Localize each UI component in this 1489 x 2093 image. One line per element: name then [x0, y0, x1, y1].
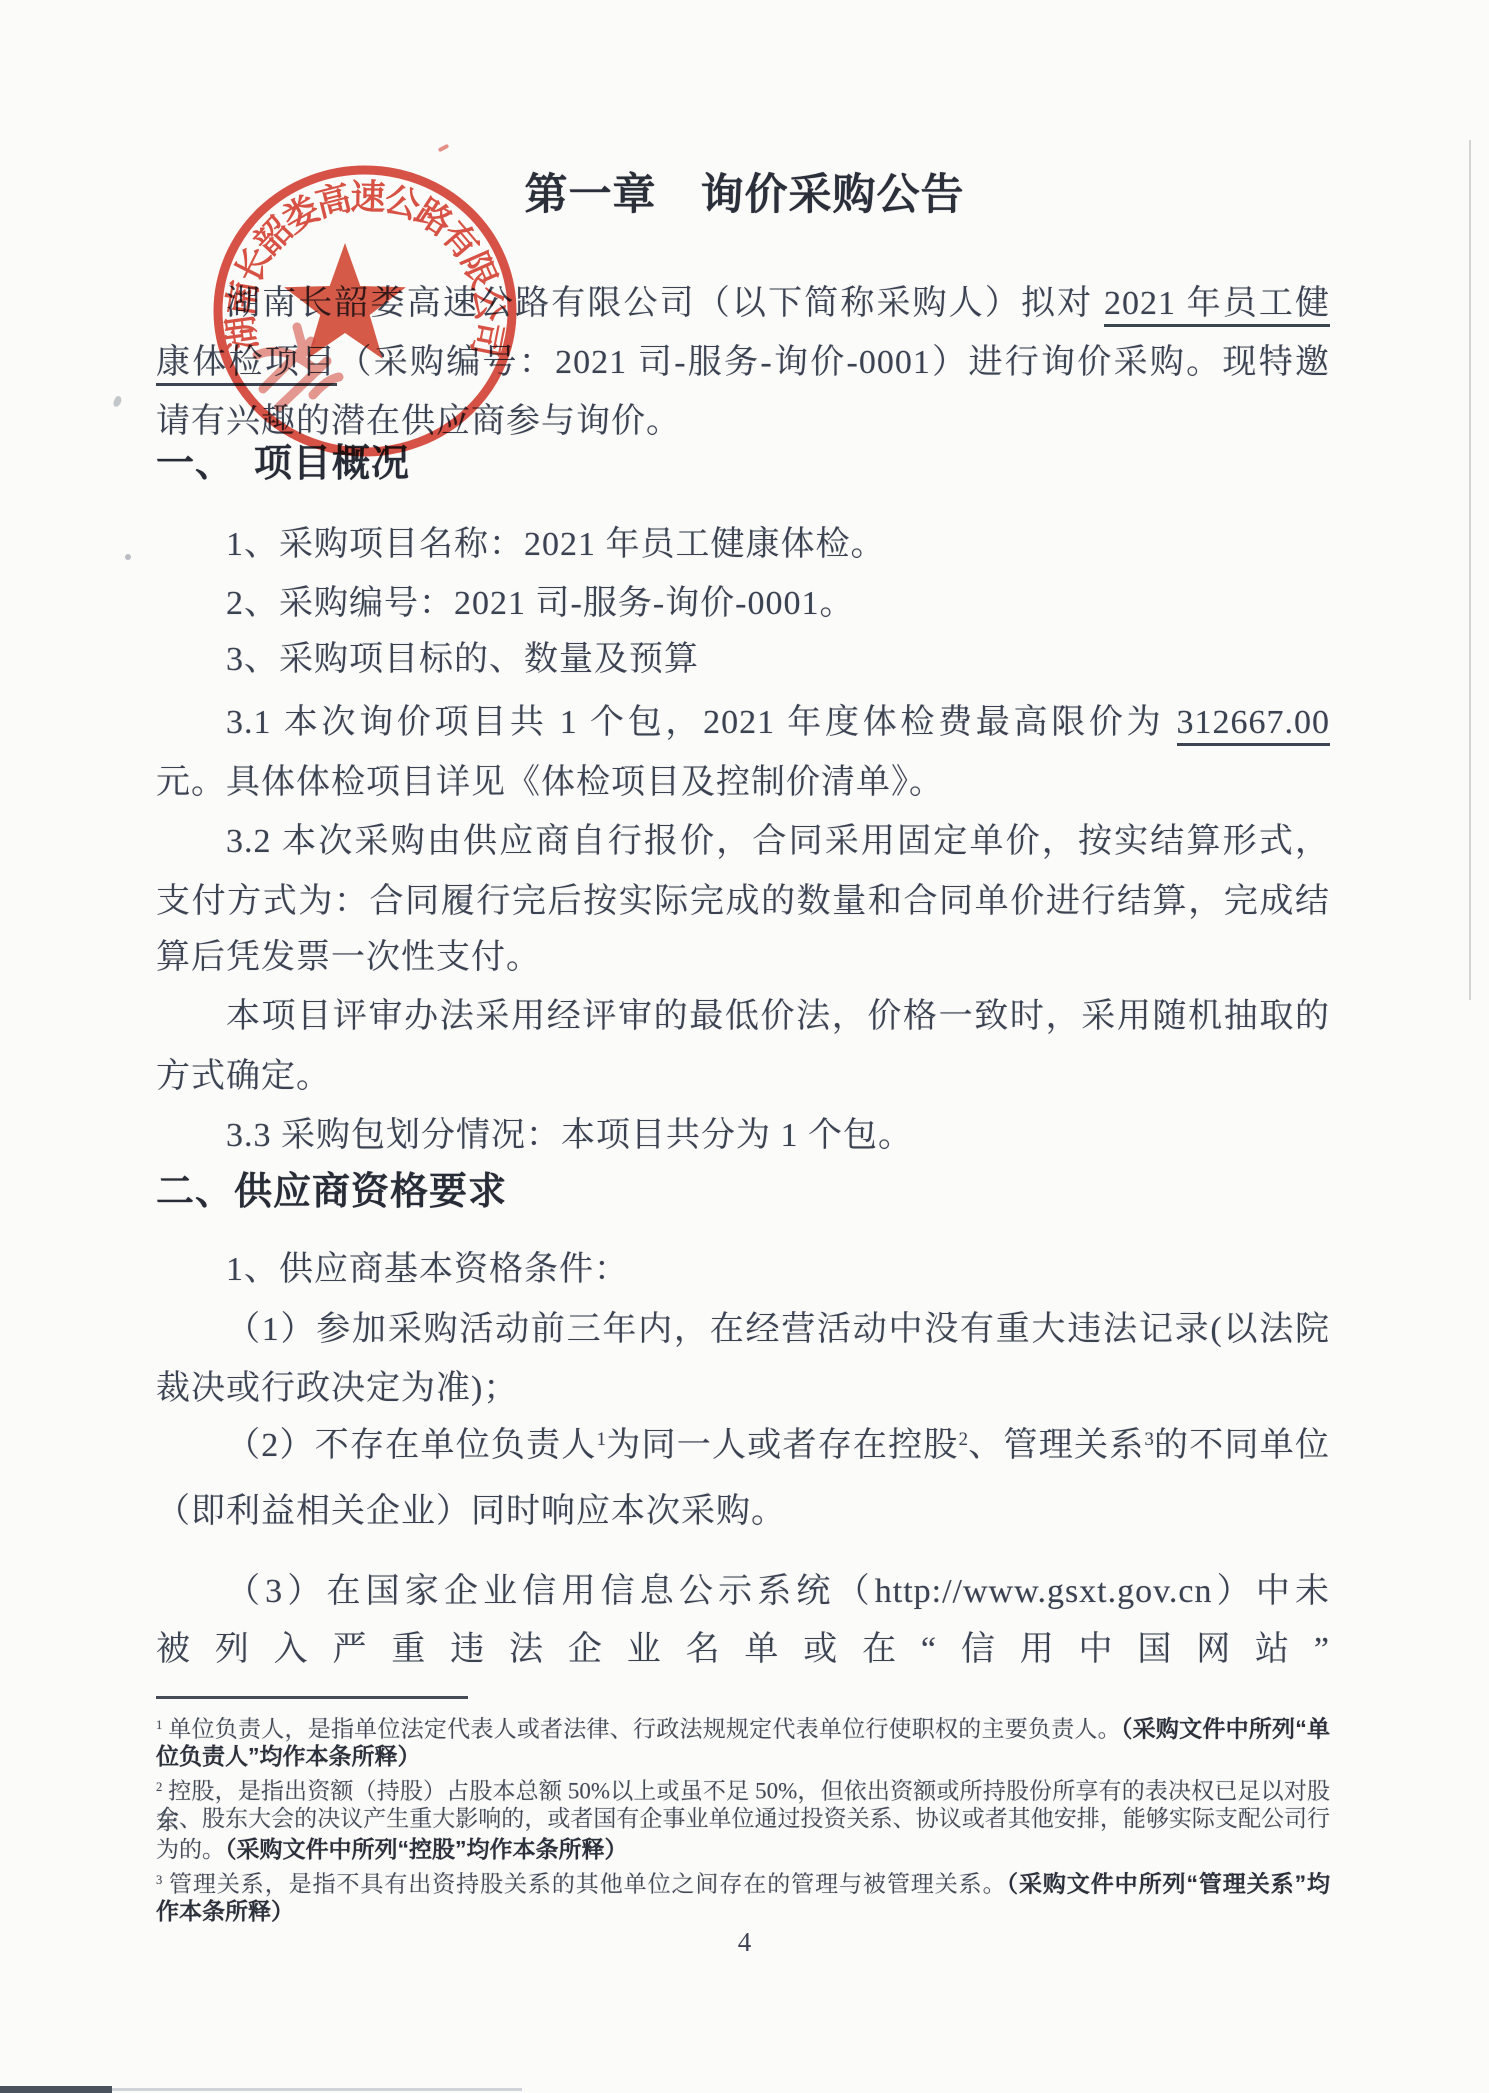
text-segment: 为同一人或者存在控股: [606, 1427, 959, 1464]
text-segment: （即利益相关企业）同时响应本次采购。: [156, 1493, 786, 1530]
text-segment: 作本条所释）: [156, 1898, 294, 1924]
text-segment: 3.2 本次采购由供应商自行报价，合同采用固定单价，按实结算形式，: [226, 823, 1330, 860]
text-line: 3.1 本次询价项目共 1 个包，2021 年度体检费最高限价为 312667.…: [156, 694, 1330, 752]
text-segment: （采购文件中所列“控股”均作本条所释）: [225, 1836, 628, 1862]
footnote-line: 为的。（采购文件中所列“控股”均作本条所释）: [156, 1834, 1330, 1865]
scan-artifact-red-speck: [438, 144, 450, 153]
text-line: 方式确定。: [156, 1048, 1330, 1106]
text-line: 元。具体体检项目详见《体检项目及控制价清单》。: [156, 754, 1330, 812]
scan-artifact-right-edge: [1469, 140, 1471, 1000]
footnote-divider: [156, 1696, 468, 1699]
footnote-line: 3 管理关系，是指不具有出资持股关系的其他单位之间存在的管理与被管理关系。（采购…: [156, 1865, 1330, 1900]
text-segment: （1）参加采购活动前三年内，在经营活动中没有重大违法记录(以法院: [226, 1311, 1330, 1348]
text-line: 2、采购编号：2021 司-服务-询价-0001。: [156, 575, 1330, 633]
text-segment: 裁决或行政决定为准)；: [156, 1370, 518, 1407]
text-line: 本项目评审办法采用经评审的最低价法，价格一致时，采用随机抽取的: [156, 988, 1330, 1046]
footnote-line: 1 单位负责人，是指单位法定代表人或者法律、行政法规规定代表单位行使职权的主要负…: [156, 1710, 1330, 1745]
text-line: 3.3 采购包划分情况：本项目共分为 1 个包。: [156, 1107, 1330, 1165]
text-segment: 3.3 采购包划分情况：本项目共分为 1 个包。: [226, 1117, 913, 1154]
text-segment: 支付方式为：合同履行完后按实际完成的数量和合同单价进行结算，完成结: [156, 883, 1330, 920]
text-line: （1）参加采购活动前三年内，在经营活动中没有重大违法记录(以法院: [156, 1301, 1330, 1359]
text-segment: 方式确定。: [156, 1058, 331, 1095]
footnote-marker: 1: [597, 1429, 606, 1450]
text-segment: 3.1 本次询价项目共 1 个包，2021 年度体检费最高限价为: [226, 704, 1177, 741]
text-segment: 3、采购项目标的、数量及预算: [226, 641, 699, 678]
footnote-line: 会、股东大会的决议产生重大影响的，或者国有企事业单位通过投资关系、协议或者其他安…: [156, 1803, 1330, 1834]
text-segment: 本项目评审办法采用经评审的最低价法，价格一致时，采用随机抽取的: [226, 998, 1330, 1035]
text-line: 被列入严重违法企业名单或在“信用中国网站”: [156, 1621, 1330, 1679]
text-segment: 单位负责人，是指单位法定代表人或者法律、行政法规规定代表单位行使职权的主要负责人…: [162, 1716, 1121, 1741]
text-segment: 为的。: [156, 1837, 225, 1862]
text-segment: （3）在国家企业信用信息公示系统（http://www.gsxt.gov.cn）…: [226, 1573, 1330, 1610]
text-segment: 、管理关系: [968, 1427, 1144, 1464]
scan-artifact-bottom-edge: [0, 2086, 112, 2093]
text-segment: 1、采购项目名称：2021 年员工健康体检。: [226, 526, 886, 563]
text-line: （2）不存在单位负责人1为同一人或者存在控股2、管理关系3的不同单位: [156, 1411, 1330, 1475]
text-segment: 管理关系，是指不具有出资持股关系的其他单位之间存在的管理与被管理关系。: [162, 1871, 1006, 1896]
text-line: （3）在国家企业信用信息公示系统（http://www.gsxt.gov.cn）…: [156, 1563, 1330, 1621]
text-line: 算后凭发票一次性支付。: [156, 929, 1330, 987]
text-segment: 位负责人”均作本条所释）: [156, 1743, 421, 1769]
text-segment: 1、供应商基本资格条件：: [226, 1251, 629, 1288]
text-segment: 会、股东大会的决议产生重大影响的，或者国有企事业单位通过投资关系、协议或者其他安…: [156, 1806, 1330, 1831]
section-heading: 二、供应商资格要求: [156, 1166, 1330, 1218]
text-line: 支付方式为：合同履行完后按实际完成的数量和合同单价进行结算，完成结: [156, 873, 1330, 931]
text-segment: （采购文件中所列“单: [1121, 1715, 1330, 1741]
footnote-line: 作本条所释）: [156, 1896, 1330, 1927]
underlined-text: 2021 年员工健: [1104, 285, 1330, 327]
text-segment: 二、供应商资格要求: [156, 1171, 507, 1213]
scan-artifact-speck: [112, 395, 122, 408]
text-line: 1、采购项目名称：2021 年员工健康体检。: [156, 516, 1330, 574]
text-line: 3、采购项目标的、数量及预算: [156, 631, 1330, 689]
footnote-line: 位负责人”均作本条所释）: [156, 1741, 1330, 1772]
page-number: 4: [0, 1926, 1489, 1958]
text-line: 1、供应商基本资格条件：: [156, 1241, 1330, 1299]
footnote-marker: 3: [1144, 1429, 1153, 1450]
scan-artifact-speck: [125, 554, 131, 560]
text-line: （即利益相关企业）同时响应本次采购。: [156, 1483, 1330, 1541]
company-seal-stamp: 湖南长韶娄高速公路有限公司: [205, 157, 525, 465]
text-segment: 2、采购编号：2021 司-服务-询价-0001。: [226, 585, 854, 622]
text-line: 裁决或行政决定为准)；: [156, 1360, 1330, 1418]
text-segment: 被列入严重违法企业名单或在“信用中国网站”: [156, 1631, 1330, 1668]
scan-artifact-bottom-line: [112, 2088, 522, 2091]
text-segment: （采购文件中所列“管理关系”均: [1007, 1870, 1331, 1896]
underlined-text: 312667.00: [1177, 704, 1331, 746]
text-segment: 的不同单位: [1154, 1427, 1330, 1464]
footnote-marker: 2: [959, 1429, 968, 1450]
text-segment: 元。具体体检项目详见《体检项目及控制价清单》。: [156, 764, 944, 801]
text-line: 3.2 本次采购由供应商自行报价，合同采用固定单价，按实结算形式，: [156, 813, 1330, 871]
text-segment: （2）不存在单位负责人: [226, 1427, 597, 1464]
document-page: 第一章 询价采购公告 湖南长韶娄高速公路有限公司（以下简称采购人）拟对 2021…: [0, 0, 1489, 2093]
text-segment: 算后凭发票一次性支付。: [156, 939, 541, 976]
